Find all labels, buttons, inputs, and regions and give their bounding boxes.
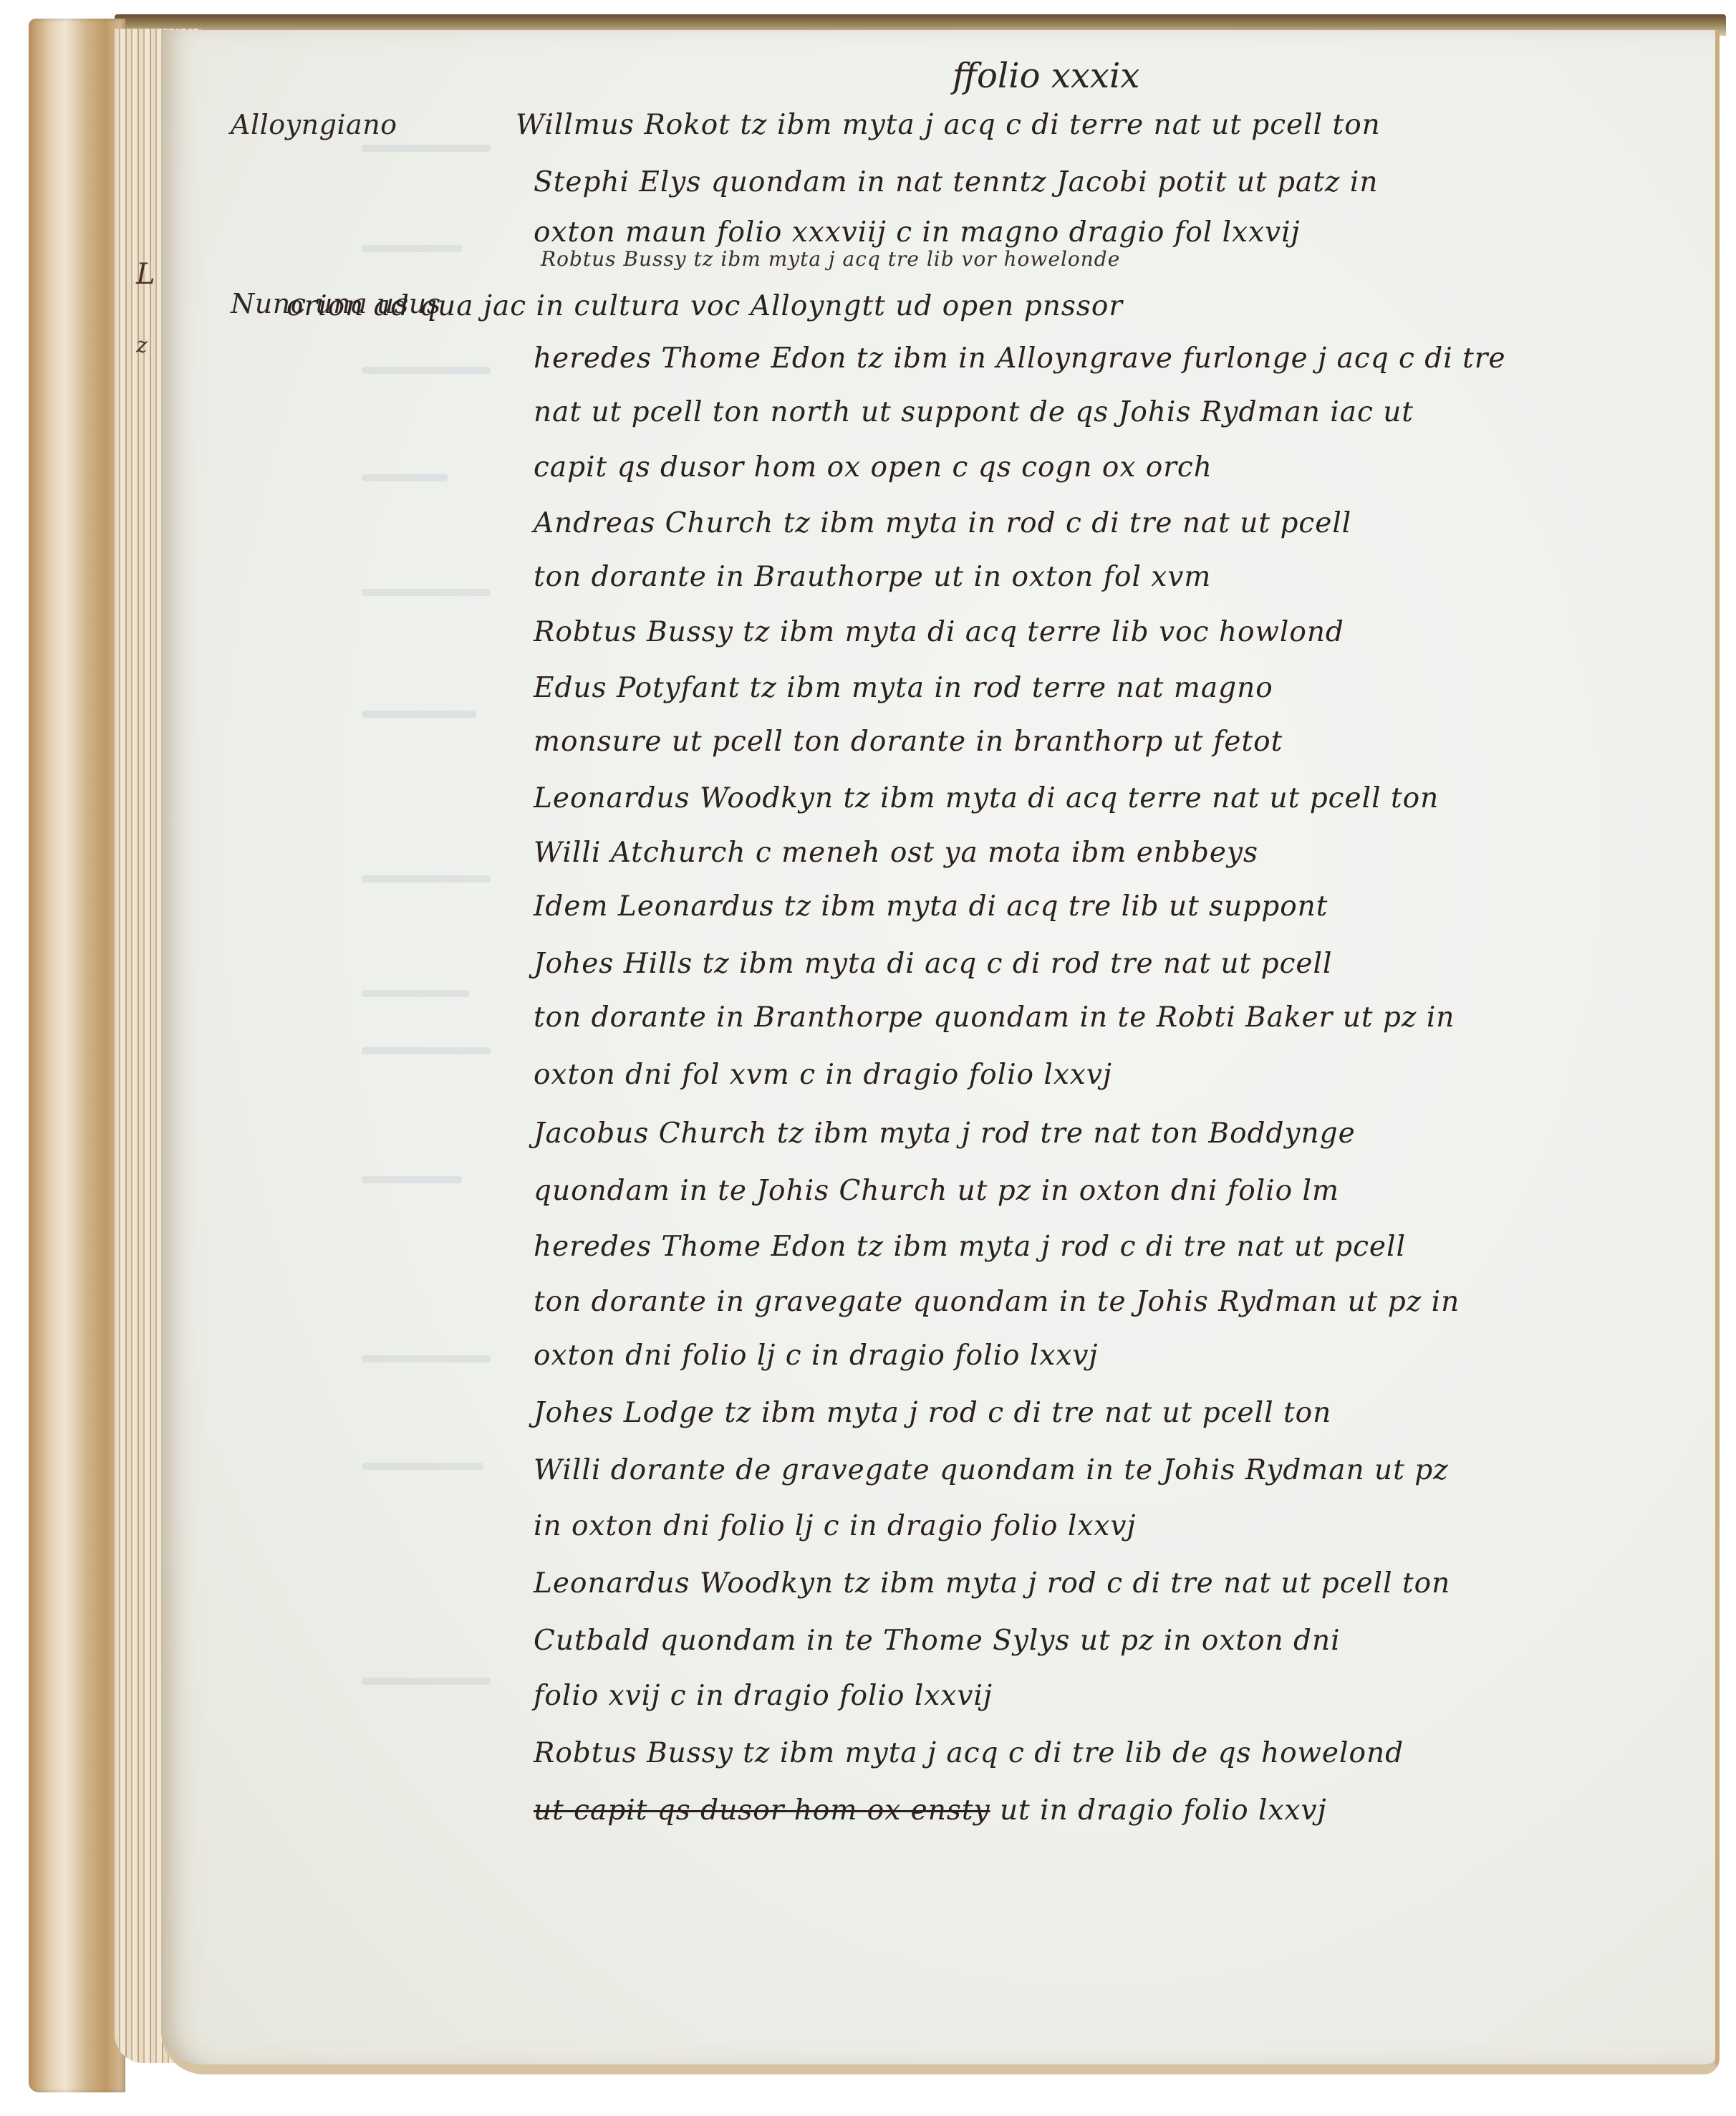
margin-note: Alloyngiano	[231, 109, 397, 140]
manuscript-line: ut capit qs dusor hom ox ensty ut in dra…	[534, 1794, 1327, 1827]
spine-mark: L	[136, 258, 155, 291]
manuscript-line: oxton maun folio xxxviij c in magno drag…	[534, 216, 1301, 249]
manuscript-line: monsure ut pcell ton dorante in branthor…	[534, 726, 1283, 758]
manuscript-line: capit qs dusor hom ox open c qs cogn ox …	[534, 451, 1212, 484]
manuscript-line: Cutbald quondam in te Thome Sylys ut pz …	[534, 1625, 1341, 1657]
manuscript-line: quondam in te Johis Church ut pz in oxto…	[534, 1175, 1339, 1207]
manuscript-line: Willi Atchurch c meneh ost ya mota ibm e…	[534, 837, 1258, 869]
manuscript-line: oxton dni fol xvm c in dragio folio lxxv…	[534, 1059, 1112, 1091]
manuscript-line: orion ad qua jac in cultura voc Alloyngt…	[286, 290, 1123, 322]
manuscript-line: nat ut pcell ton north ut suppont de qs …	[534, 396, 1414, 428]
manuscript-line: ton dorante in Brauthorpe ut in oxton fo…	[534, 561, 1211, 593]
manuscript-line: ton dorante in Branthorpe quondam in te …	[534, 1001, 1455, 1034]
manuscript-line: Willmus Rokot tz ibm myta j acq c di ter…	[516, 109, 1381, 141]
spine-mark: z	[136, 333, 148, 358]
manuscript-line: Andreas Church tz ibm myta in rod c di t…	[534, 507, 1351, 539]
manuscript-line: folio xvij c in dragio folio lxxvij	[534, 1680, 993, 1712]
manuscript-line: Robtus Bussy tz ibm myta j acq tre lib v…	[541, 247, 1120, 271]
manuscript-line: Johes Hills tz ibm myta di acq c di rod …	[534, 948, 1332, 980]
line-text: ut in dragio folio lxxvj	[990, 1794, 1327, 1827]
manuscript-line: oxton dni folio lj c in dragio folio lxx…	[534, 1340, 1099, 1372]
folio-heading: ffolio xxxix	[953, 56, 1139, 96]
manuscript-line: Leonardus Woodkyn tz ibm myta j rod c di…	[534, 1567, 1450, 1600]
manuscript-line: Willi dorante de gravegate quondam in te…	[534, 1454, 1449, 1486]
manuscript-line: Johes Lodge tz ibm myta j rod c di tre n…	[534, 1397, 1331, 1429]
manuscript-line: ton dorante in gravegate quondam in te J…	[534, 1286, 1460, 1318]
manuscript-line: Jacobus Church tz ibm myta j rod tre nat…	[534, 1117, 1356, 1150]
struck-text: ut capit qs dusor hom ox ensty	[534, 1794, 990, 1827]
manuscript-line: Leonardus Woodkyn tz ibm myta di acq ter…	[534, 782, 1439, 814]
manuscript-line: heredes Thome Edon tz ibm in Alloyngrave…	[534, 342, 1506, 375]
manuscript-line: Edus Potyfant tz ibm myta in rod terre n…	[534, 672, 1273, 704]
manuscript-line: Idem Leonardus tz ibm myta di acq tre li…	[534, 890, 1328, 923]
manuscript-line: Robtus Bussy tz ibm myta j acq c di tre …	[534, 1737, 1404, 1769]
manuscript-line: Robtus Bussy tz ibm myta di acq terre li…	[534, 616, 1344, 648]
manuscript-line: Stephi Elys quondam in nat tenntz Jacobi…	[534, 166, 1378, 198]
book-spine	[29, 19, 125, 2092]
manuscript-line: in oxton dni folio lj c in dragio folio …	[534, 1510, 1137, 1542]
manuscript-line: heredes Thome Edon tz ibm myta j rod c d…	[534, 1231, 1406, 1263]
manuscript-book: L z ffolio xxxix AlloyngianoNunc una usu…	[29, 14, 1726, 2092]
